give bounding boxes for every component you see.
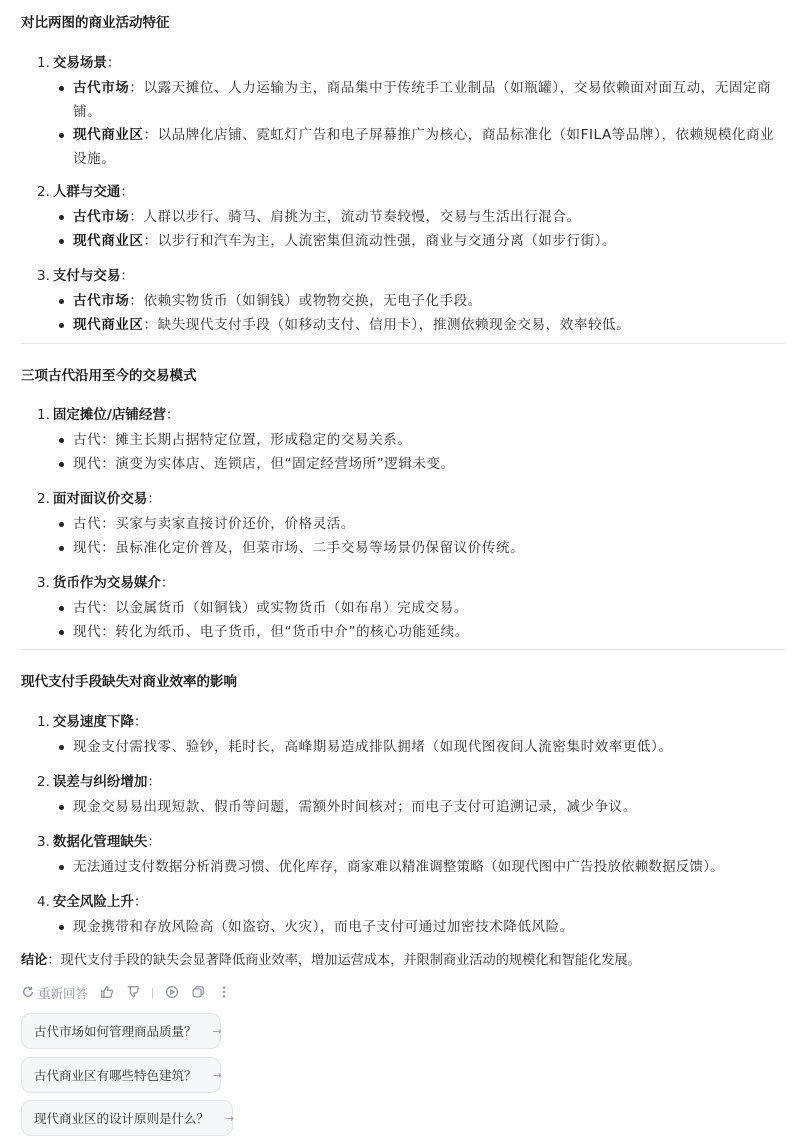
copy-icon (191, 985, 205, 1002)
list-item-label: 固定摊位/店铺经营 (53, 407, 166, 423)
suggestion-label: 古代商业区有哪些特色建筑？ (34, 1066, 197, 1084)
list-item-label: 面对面议价交易 (53, 491, 148, 507)
suggestion-label: 古代市场如何管理商品质量？ (34, 1022, 197, 1040)
play-audio-button[interactable] (165, 985, 179, 1002)
answer-action-bar: 重新回答 (21, 983, 243, 1003)
list-number: 3. (37, 834, 50, 850)
conclusion-text: ：现代支付手段的缺失会显著降低商业效率，增加运营成本，并限制商业活动的规模化和智… (47, 953, 640, 968)
regenerate-button[interactable]: 重新回答 (21, 984, 88, 1002)
regenerate-label: 重新回答 (38, 984, 88, 1002)
list-number: 2. (37, 184, 50, 200)
bullet-item: 现代：虽标准化定价普及，但菜市场、二手交易等场景仍保留议价传统。 (57, 536, 785, 560)
list-number: 2. (37, 491, 50, 507)
arrow-right-icon: → (213, 1069, 222, 1082)
list-item-heading: 2.面对面议价交易： (37, 487, 161, 507)
bullet-strong: 现代商业区 (73, 233, 144, 249)
bullet-text: ：以露天摊位、人力运输为主，商品集中于传统手工业制品（如瓶罐），交易依赖面对面互… (73, 80, 771, 120)
section-title-payment-impact: 现代支付手段缺失对商业效率的影响 (21, 670, 237, 690)
list-item-heading: 1.交易场景： (37, 51, 120, 71)
bullet-strong: 古代市场 (73, 80, 129, 96)
bullet-text: ：以步行和汽车为主，人流密集但流动性强，商业与交通分离（如步行街）。 (144, 233, 617, 249)
bullet-item: 现代商业区：缺失现代支付手段（如移动支付、信用卡），推测依赖现金交易，效率较低。 (57, 313, 785, 337)
action-separator (152, 988, 153, 998)
thumbs-up-icon (100, 985, 114, 1002)
list-item-heading: 1.固定摊位/店铺经营： (37, 403, 179, 423)
list-number: 3. (37, 575, 50, 591)
bullet-strong: 现代商业区 (73, 317, 144, 333)
list-item-heading: 1.交易速度下降： (37, 710, 147, 730)
bullet-item: 现代：演变为实体店、连锁店，但“固定经营场所”逻辑未变。 (57, 452, 785, 476)
list-number: 4. (37, 894, 50, 910)
bullet-item: 古代市场：以露天摊位、人力运输为主，商品集中于传统手工业制品（如瓶罐），交易依赖… (57, 76, 785, 124)
thumbs-up-button[interactable] (100, 985, 114, 1002)
list-item-label: 安全风险上升 (53, 894, 134, 910)
conclusion: 结论：现代支付手段的缺失会显著降低商业效率，增加运营成本，并限制商业活动的规模化… (21, 949, 641, 968)
bullet-item: 无法通过支付数据分析消费习惯、优化库存，商家难以精准调整策略（如现代图中广告投放… (57, 855, 785, 879)
list-item-heading: 3.支付与交易： (37, 264, 134, 284)
bullet-item: 现代：转化为纸币、电子货币，但“货币中介”的核心功能延续。 (57, 620, 785, 644)
bullet-strong: 现代商业区 (73, 127, 144, 143)
bullet-strong: 古代市场 (73, 293, 129, 309)
bullet-item: 现金携带和存放风险高（如盗窃、火灾），而电子支付可通过加密技术降低风险。 (57, 915, 785, 939)
list-number: 1. (37, 407, 50, 423)
section-title-trade-modes: 三项古代沿用至今的交易模式 (21, 364, 197, 384)
list-item-heading: 4.安全风险上升： (37, 890, 147, 910)
thumbs-down-button[interactable] (126, 985, 140, 1002)
list-item-heading: 2.误差与纠纷增加： (37, 770, 161, 790)
list-item-label: 支付与交易 (53, 268, 121, 284)
refresh-icon (21, 985, 35, 1002)
bullet-item: 现金支付需找零、验钞，耗时长，高峰期易造成排队拥堵（如现代图夜间人流密集时效率更… (57, 735, 785, 759)
list-item-heading: 3.货币作为交易媒介： (37, 571, 174, 591)
play-icon (165, 985, 179, 1002)
bullet-item: 现代商业区：以步行和汽车为主，人流密集但流动性强，商业与交通分离（如步行街）。 (57, 229, 785, 253)
list-item-heading: 3.数据化管理缺失： (37, 830, 161, 850)
arrow-right-icon: → (213, 1025, 222, 1038)
section-divider (21, 649, 785, 650)
bullet-item: 现金交易易出现短款、假币等问题，需额外时间核对；而电子支付可追溯记录，减少争议。 (57, 795, 785, 819)
suggestion-label: 现代商业区的设计原则是什么？ (34, 1109, 209, 1127)
list-item-label: 交易速度下降 (53, 714, 134, 730)
bullet-text: ：以品牌化店铺、霓虹灯广告和电子屏幕推广为核心，商品标准化（如FILA等品牌），… (73, 127, 774, 167)
list-item-label: 货币作为交易媒介 (53, 575, 161, 591)
section-divider (21, 343, 785, 344)
list-number: 1. (37, 714, 50, 730)
bullet-item: 古代：以金属货币（如铜钱）或实物货币（如布帛）完成交易。 (57, 596, 785, 620)
bullet-item: 古代市场：人群以步行、骑马、肩挑为主，流动节奏较慢，交易与生活出行混合。 (57, 205, 785, 229)
list-item-label: 误差与纠纷增加 (53, 774, 148, 790)
bullet-item: 现代商业区：以品牌化店铺、霓虹灯广告和电子屏幕推广为核心，商品标准化（如FILA… (57, 123, 785, 171)
copy-button[interactable] (191, 985, 205, 1002)
suggestion-chip[interactable]: 现代商业区的设计原则是什么？ → (21, 1100, 233, 1136)
bullet-item: 古代：摊主长期占据特定位置，形成稳定的交易关系。 (57, 428, 785, 452)
list-item-heading: 2.人群与交通： (37, 180, 134, 200)
conclusion-label: 结论 (21, 953, 47, 968)
bullet-item: 古代：买家与卖家直接讨价还价，价格灵活。 (57, 512, 785, 536)
suggestion-chip[interactable]: 古代商业区有哪些特色建筑？ → (21, 1057, 221, 1093)
more-button[interactable] (217, 985, 231, 1002)
arrow-right-icon: → (225, 1112, 234, 1125)
bullet-text: ：人群以步行、骑马、肩挑为主，流动节奏较慢，交易与生活出行混合。 (129, 209, 580, 225)
bullet-strong: 古代市场 (73, 209, 129, 225)
section-title-comparison: 对比两图的商业活动特征 (21, 11, 170, 31)
bullet-item: 古代市场：依赖实物货币（如铜钱）或物物交换，无电子化手段。 (57, 289, 785, 313)
list-number: 2. (37, 774, 50, 790)
thumbs-down-icon (126, 985, 140, 1002)
list-number: 1. (37, 55, 50, 71)
suggestion-chip[interactable]: 古代市场如何管理商品质量？ → (21, 1013, 221, 1049)
list-item-label: 交易场景 (53, 55, 107, 71)
more-icon (217, 985, 231, 1002)
list-item-label: 数据化管理缺失 (53, 834, 148, 850)
bullet-text: ：缺失现代支付手段（如移动支付、信用卡），推测依赖现金交易，效率较低。 (144, 317, 631, 333)
list-item-label: 人群与交通 (53, 184, 121, 200)
bullet-text: ：依赖实物货币（如铜钱）或物物交换，无电子化手段。 (129, 293, 482, 309)
list-number: 3. (37, 268, 50, 284)
